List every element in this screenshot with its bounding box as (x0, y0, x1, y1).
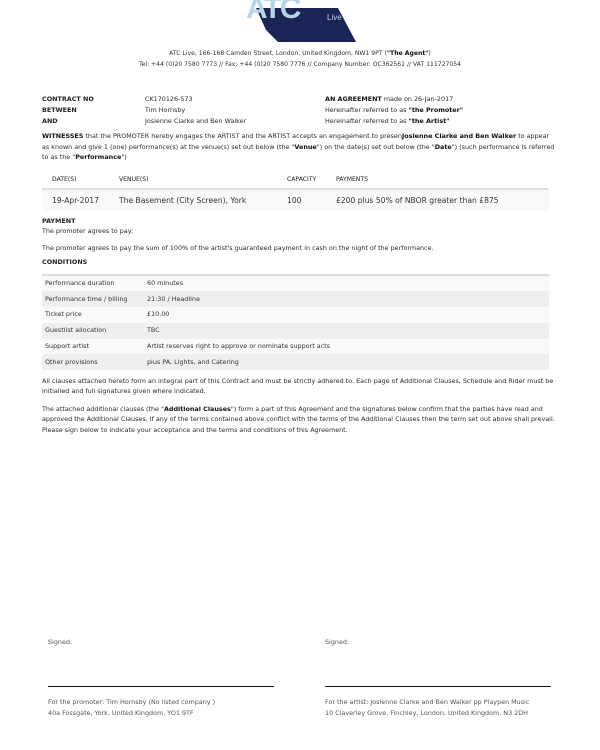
condition-label: Ticket price (42, 307, 144, 323)
promoter-signed-label: Signed: (48, 638, 276, 647)
column-header-dates: DATE(S) (42, 174, 109, 189)
table-row: Guestlist allocationTBC (42, 323, 549, 339)
agent-address-line: ATC Live, 166-168 Camden Street, London,… (0, 49, 600, 60)
witnesses-paragraph: WITNESSES that the PROMOTER hereby engag… (42, 131, 558, 163)
condition-label: Performance time / billing (42, 291, 144, 307)
payment-cell: £200 plus 50% of NBOR greater than £875 (326, 189, 549, 211)
condition-label: Performance duration (42, 275, 144, 291)
table-row: 19-Apr-2017 The Basement (City Screen), … (42, 189, 549, 211)
atc-live-logo: ATC Live (238, 0, 368, 44)
column-header-payments: PAYMENTS (326, 174, 549, 189)
column-header-capacity: CAPACITY (277, 174, 326, 189)
table-row: Performance time / billing21:30 / Headli… (42, 291, 549, 307)
promoter-signature-line[interactable] (48, 686, 274, 687)
condition-value: £10.00 (144, 307, 549, 323)
promoter-address: 40a Fossgate, York, United Kingdom, YO1 … (48, 708, 276, 719)
condition-value: TBC (144, 323, 549, 339)
logo-sub-text: Live (327, 13, 342, 22)
artist-signature-block: Signed: For the artist: Josienne Clarke … (325, 638, 553, 718)
promoter-reference: Hereinafter referred to as "the Promoter… (325, 105, 463, 116)
contract-no-value: CK170126-573 (145, 94, 325, 105)
clauses-integral-paragraph: All clauses attached hereto form an inte… (42, 376, 558, 397)
condition-value: Artist reserves right to approve or nomi… (144, 339, 549, 355)
payment-title: PAYMENT (42, 217, 562, 226)
artist-signatory: For the artist: Josienne Clarke and Ben … (325, 697, 553, 708)
promoter-name: Tim Hornsby (145, 105, 325, 116)
and-label: AND (42, 116, 145, 127)
condition-value: plus PA, Lights, and Catering (144, 354, 549, 370)
conditions-title: CONDITIONS (42, 258, 87, 267)
between-label: BETWEEN (42, 105, 145, 116)
artist-reference: Hereinafter referred to as "the Artist" (325, 116, 450, 127)
condition-label: Other provisions (42, 354, 144, 370)
condition-value: 60 minutes (144, 275, 549, 291)
condition-label: Support artist (42, 339, 144, 355)
table-header-row: DATE(S) VENUE(S) CAPACITY PAYMENTS (42, 174, 549, 189)
column-header-venues: VENUE(S) (109, 174, 277, 189)
payment-intro: The promoter agrees to pay: (42, 227, 562, 236)
table-row: Support artistArtist reserves right to a… (42, 339, 549, 355)
capacity-cell: 100 (277, 189, 326, 211)
clauses-section: All clauses attached hereto form an inte… (42, 376, 558, 435)
conditions-table: Performance duration60 minutes Performan… (42, 274, 549, 370)
payment-section: PAYMENT The promoter agrees to pay: The … (42, 217, 562, 253)
contract-parties: CONTRACT NO CK170126-573 AN AGREEMENT ma… (42, 94, 562, 126)
artist-name: Josienne Clarke and Ben Walker (145, 116, 325, 127)
logo-main-text: ATC (246, 0, 301, 25)
promoter-signature-block: Signed: For the promoter: Tim Hornsby (N… (48, 638, 276, 718)
condition-value: 21:30 / Headline (144, 291, 549, 307)
payment-terms: The promoter agrees to pay the sum of 10… (42, 244, 562, 253)
agent-contact-line: Tel: +44 (0)20 7580 7773 // Fax: +44 (0)… (0, 60, 600, 71)
venue-cell: The Basement (City Screen), York (109, 189, 277, 211)
date-cell: 19-Apr-2017 (42, 189, 109, 211)
table-row: Ticket price£10.00 (42, 307, 549, 323)
agent-info: ATC Live, 166-168 Camden Street, London,… (0, 49, 600, 70)
additional-clauses-paragraph: The attached additional clauses (the "Ad… (42, 404, 558, 435)
contract-no-label: CONTRACT NO (42, 94, 145, 105)
agreement-date: AN AGREEMENT made on 26-Jan-2017 (325, 94, 453, 105)
artist-address: 10 Claverley Grove, Finchley, London, Un… (325, 708, 553, 719)
performance-dates-table: DATE(S) VENUE(S) CAPACITY PAYMENTS 19-Ap… (42, 174, 549, 211)
table-row: Performance duration60 minutes (42, 275, 549, 291)
promoter-signatory: For the promoter: Tim Hornsby (No listed… (48, 697, 276, 708)
table-row: Other provisionsplus PA, Lights, and Cat… (42, 354, 549, 370)
artist-signed-label: Signed: (325, 638, 553, 647)
condition-label: Guestlist allocation (42, 323, 144, 339)
artist-signature-line[interactable] (325, 686, 551, 687)
logo-graphic: ATC Live (238, 0, 368, 44)
